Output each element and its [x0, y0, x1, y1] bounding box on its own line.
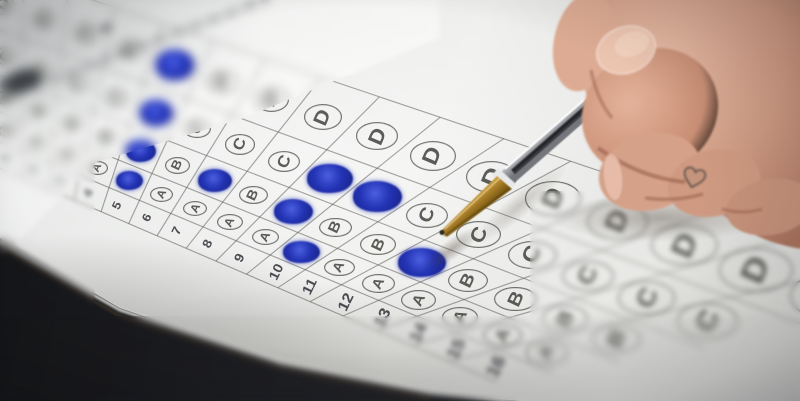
bubble-q9-C-filled	[307, 164, 353, 194]
option-letter: C	[274, 152, 294, 170]
bubble-q15-D: D	[719, 248, 793, 292]
option-letter: B	[31, 103, 46, 117]
option-letter: A	[492, 325, 513, 344]
option-letter: C	[415, 205, 438, 226]
option-letter: D	[419, 144, 446, 169]
bubble-q8-A: A	[217, 214, 243, 230]
option-letter: A	[60, 149, 73, 161]
bubble-q6-D: D	[206, 70, 238, 94]
option-letter: D	[75, 24, 96, 43]
option-letter: C	[230, 136, 249, 153]
option-letter: C	[631, 284, 662, 312]
option-letter: B	[603, 327, 630, 351]
bubble-q16-C: C	[677, 303, 738, 339]
bubble-q10-D: D	[410, 141, 457, 171]
option-letter: C	[519, 243, 546, 267]
option-letter: C	[32, 62, 49, 78]
option-letter: C	[574, 263, 603, 289]
photo-scene: 1ABCD2ABCD3ABCD4ABCD56ABCD7ACD8ABCD9AD10…	[0, 0, 800, 401]
option-letter: B	[64, 116, 79, 130]
option-letter: A	[91, 162, 104, 174]
option-letter: A	[370, 275, 387, 291]
option-letter: C	[466, 223, 491, 246]
bubble-q2-D: D	[33, 8, 55, 30]
option-letter: D	[311, 106, 335, 128]
option-letter: D	[0, 0, 13, 13]
option-letter: A	[222, 216, 237, 229]
option-letter: C	[691, 306, 724, 336]
option-letter: C	[107, 90, 125, 106]
bubble-q13-B: B	[448, 269, 488, 292]
option-letter: A	[331, 260, 348, 275]
bubble-q15-A: A	[483, 324, 522, 346]
bubble-q12-C: C	[456, 221, 501, 248]
option-letter: D	[477, 163, 506, 190]
option-letter: C	[69, 76, 86, 92]
option-letter: D	[119, 39, 140, 58]
bubble-q13-A: A	[401, 290, 436, 310]
option-letter: D	[364, 125, 390, 148]
bubble-q7-C: C	[225, 134, 255, 155]
option-letter: A	[450, 308, 470, 326]
option-letter: D	[600, 206, 634, 237]
option-letter: D	[736, 252, 777, 289]
bubble-q5-D-filled	[156, 50, 194, 81]
bubble-q2-A: A	[28, 136, 46, 150]
bubble-q2-C: C	[31, 61, 51, 79]
option-letter: A	[258, 230, 273, 244]
option-letter: D	[260, 89, 283, 110]
bubble-q11-B: B	[360, 234, 395, 255]
bubble-q4-C: C	[104, 89, 128, 108]
option-letter: B	[326, 219, 344, 236]
bubble-q4-A: A	[88, 161, 108, 175]
bubble-q16-B: B	[592, 325, 641, 354]
option-letter: A	[30, 137, 43, 149]
answer-sheet-paper: 1ABCD2ABCD3ABCD4ABCD56ABCD7ACD8ABCD9AD10…	[0, 0, 800, 401]
bubble-q9-A: A	[252, 229, 279, 245]
option-letter: C	[0, 48, 14, 64]
bubble-q11-A: A	[324, 259, 355, 277]
option-letter: B	[504, 288, 527, 309]
option-letter: D	[666, 228, 703, 262]
bubble-q1-A: A	[0, 124, 17, 138]
option-letter: B	[553, 307, 578, 330]
bubble-q13-C: C	[508, 241, 557, 270]
bubble-q5-B-filled	[126, 140, 156, 162]
option-letter: A	[1, 125, 14, 137]
bubble-q11-D: D	[466, 161, 517, 193]
option-letter: B	[457, 270, 479, 290]
option-letter: A	[188, 202, 202, 215]
bubble-q12-D: D	[525, 181, 581, 215]
bubble-q8-C: C	[268, 151, 301, 172]
bubble-q9-B-filled	[274, 199, 313, 224]
bubble-q15-C: C	[618, 281, 675, 314]
bubble-q6-A: A	[150, 187, 173, 202]
option-letter: B	[0, 91, 14, 105]
bubble-q5-C-filled	[140, 100, 173, 125]
option-letter: B	[245, 188, 262, 203]
option-letter: A	[155, 188, 169, 201]
bubble-q9-D: D	[356, 122, 399, 150]
bubble-q15-B: B	[542, 305, 588, 332]
bubble-q3-D: D	[74, 22, 98, 44]
bubble-q10-B: B	[319, 218, 352, 238]
bubble-q11-C: C	[406, 203, 448, 228]
option-letter: C	[188, 120, 206, 137]
bubble-q12-A: A	[362, 274, 395, 293]
bubble-q4-D: D	[116, 38, 143, 61]
bubble-q7-B-filled	[198, 169, 232, 192]
option-letter: A	[536, 343, 558, 363]
bubble-q10-A-filled	[283, 241, 320, 263]
bubble-q16-A: A	[526, 341, 567, 365]
bubble-q4-B: B	[95, 129, 117, 145]
bubble-q13-D: D	[587, 203, 648, 240]
bubble-q3-C: C	[67, 74, 89, 93]
option-letter: A	[409, 291, 428, 308]
bubble-q7-A: A	[183, 201, 207, 216]
bubble-q10-C-filled	[353, 181, 402, 212]
option-letter: B	[98, 130, 113, 144]
option-letter: B	[170, 158, 186, 173]
option-letter: D	[34, 9, 54, 27]
option-letter: D	[211, 72, 233, 92]
bubble-q7-D: D	[254, 87, 289, 112]
option-letter: D	[537, 184, 569, 213]
bubble-q12-B-filled	[398, 248, 446, 277]
bubble-q6-B: B	[165, 157, 190, 174]
option-letter: B	[368, 236, 387, 254]
